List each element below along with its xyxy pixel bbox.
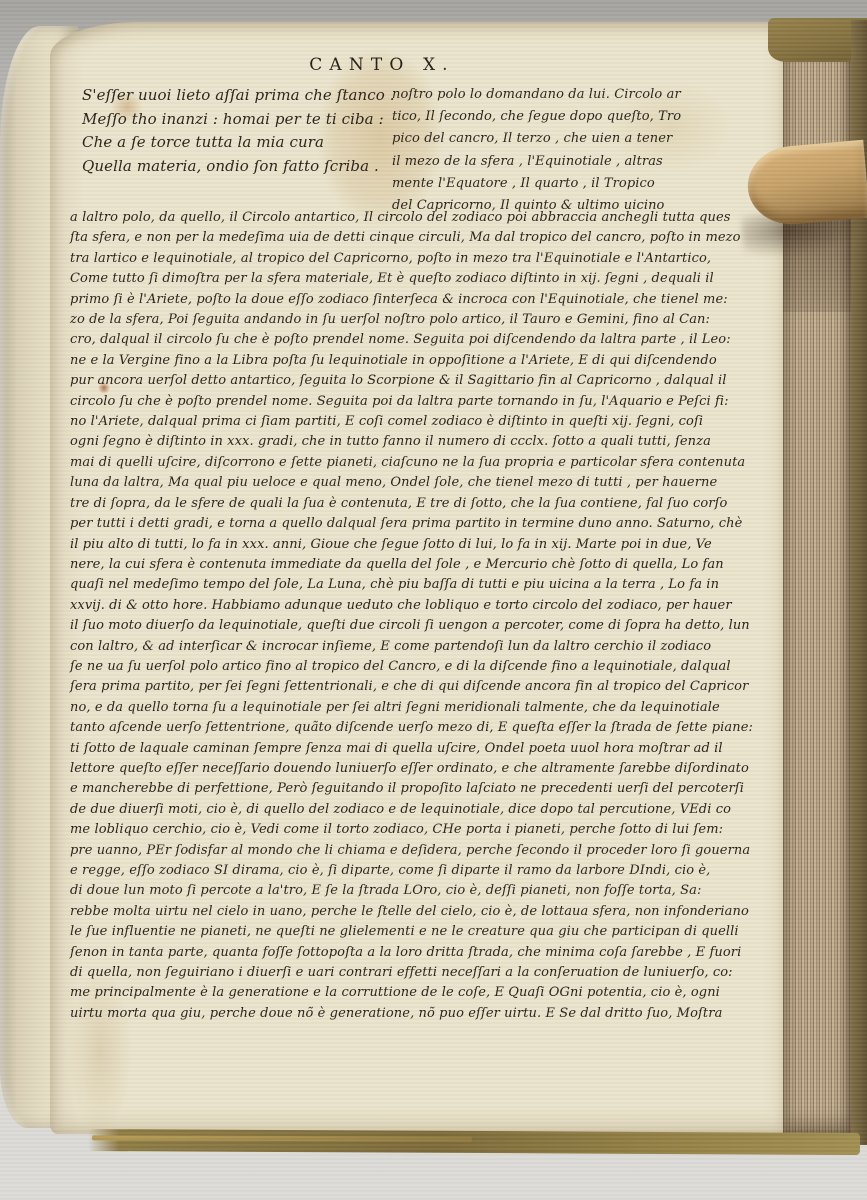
commentary-line: tanto aſcende uerſo ſettentrione, quãto … — [70, 718, 722, 738]
commentary-line: quaſi nel medeſimo tempo del ſole, La Lu… — [70, 575, 722, 595]
commentary-line: e mancherebbe di perfettione, Però ſegui… — [70, 779, 722, 799]
right-column-text: noſtro polo lo domandano da lui. Circolo… — [392, 84, 726, 217]
photo-of-open-book: CANTO X. S'eſſer uuoi lieto aſſai prima … — [0, 0, 867, 1200]
commentary-line: me principalmente è la generatione e la … — [70, 983, 722, 1003]
commentary-line: xxvij. di & otto hore. Habbiamo adunque … — [70, 596, 722, 616]
commentary-line: ſe ne ua ſu uerſol polo artico fino al t… — [70, 657, 722, 677]
commentary-line: tra lartico e lequinotiale, al tropico d… — [70, 249, 722, 269]
commentary-line: pre uanno, PEr ſodisfar al mondo che li … — [70, 841, 722, 861]
vellum-cover-bottom-edge — [88, 1129, 860, 1155]
commentary-line: il piu alto di tutti, lo fa in xxx. anni… — [70, 535, 722, 555]
commentary-body-text: a laltro polo, da quello, il Circolo ant… — [70, 208, 722, 1024]
commentary-line: ne e la Vergine fino a la Libra poſta ſu… — [70, 351, 722, 371]
commentary-line: noſtro polo lo domandano da lui. Circolo… — [392, 84, 726, 106]
commentary-line: il ſuo moto diuerſo da lequinotiale, que… — [70, 616, 722, 636]
commentary-line: rebbe molta uirtu nel cielo in uano, per… — [70, 902, 722, 922]
commentary-line: ſta sfera, e non per la medeſima uia de … — [70, 228, 722, 248]
commentary-line: per tutti i detti gradi, e torna a quell… — [70, 514, 722, 534]
commentary-line: mai di quelli uſcire, diſcorrono e ſette… — [70, 453, 722, 473]
book-page: CANTO X. S'eſſer uuoi lieto aſſai prima … — [50, 22, 787, 1134]
commentary-line: cro, dalqual il circolo ſu che è poſto p… — [70, 330, 722, 350]
commentary-line: ogni ſegno è diſtinto in xxx. gradi, che… — [70, 432, 722, 452]
commentary-line: ſera prima partito, per ſei ſegni ſetten… — [70, 677, 722, 697]
commentary-line: uirtu morta qua giu, perche doue nõ è ge… — [70, 1004, 722, 1024]
commentary-line: me lobliquo cerchio, cio è, Vedi come il… — [70, 820, 722, 840]
commentary-line: no, e da quello torna ſu a lequinotiale … — [70, 698, 722, 718]
commentary-line: e regge, eſſo zodiaco SI dirama, cio è, … — [70, 861, 722, 881]
commentary-line: di quella, non ſeguiriano i diuerſi e ua… — [70, 963, 722, 983]
commentary-line: tico, Il ſecondo, che ſegue dopo queſto,… — [392, 106, 726, 128]
commentary-line: luna da laltra, Ma qual piu ueloce e qua… — [70, 473, 722, 493]
commentary-line: pur ancora uerſol detto antartico, ſegui… — [70, 371, 722, 391]
commentary-line: no l'Ariete, dalqual prima ci ſiam parti… — [70, 412, 722, 432]
commentary-line: ti ſotto de laquale caminan ſempre ſenza… — [70, 739, 722, 759]
commentary-line: a laltro polo, da quello, il Circolo ant… — [70, 208, 722, 228]
commentary-line: primo ſi è l'Ariete, poſto la doue eſſo … — [70, 290, 722, 310]
commentary-line: de due diuerſi moti, cio è, di quello de… — [70, 800, 722, 820]
commentary-line: tre di ſopra, da le sfere de quali la ſu… — [70, 494, 722, 514]
commentary-line: di doue lun moto ſi percote a la'tro, E … — [70, 881, 722, 901]
commentary-line: ſenon in tanta parte, quanta foſſe ſotto… — [70, 943, 722, 963]
commentary-line: con laltro, & ad interſicar & incrocar i… — [70, 637, 722, 657]
commentary-line: il mezo de la sfera , l'Equinotiale , al… — [392, 151, 726, 173]
commentary-line: pico del cancro, Il terzo , che uien a t… — [392, 128, 726, 150]
verse-block: S'eſſer uuoi lieto aſſai prima che ſtanc… — [82, 84, 395, 178]
canto-header: CANTO X. — [232, 55, 532, 75]
commentary-line: mente l'Equatore , Il quarto , il Tropic… — [392, 173, 726, 195]
commentary-line: Come tutto ſi dimoſtra per la sfera mate… — [70, 269, 722, 289]
verse-line: Quella materia, ondio ſon fatto ſcriba . — [82, 155, 395, 179]
verse-line: Che a ſe torce tutta la mia cura — [82, 131, 395, 155]
commentary-line: le ſue influentie ne pianeti, ne queſti … — [70, 922, 722, 942]
commentary-line: circolo ſu che è poſto prendel nome. Seg… — [70, 392, 722, 412]
commentary-line: lettore queſto eſſer neceſſario douendo … — [70, 759, 722, 779]
commentary-line: zo de la sfera, Poi ſeguita andando in ſ… — [70, 310, 722, 330]
verse-line: S'eſſer uuoi lieto aſſai prima che ſtanc… — [82, 84, 395, 108]
commentary-line: nere, la cui sfera è contenuta immediate… — [70, 555, 722, 575]
verse-line: Meſſo tho inanzi : homai per te ti ciba … — [82, 108, 395, 132]
